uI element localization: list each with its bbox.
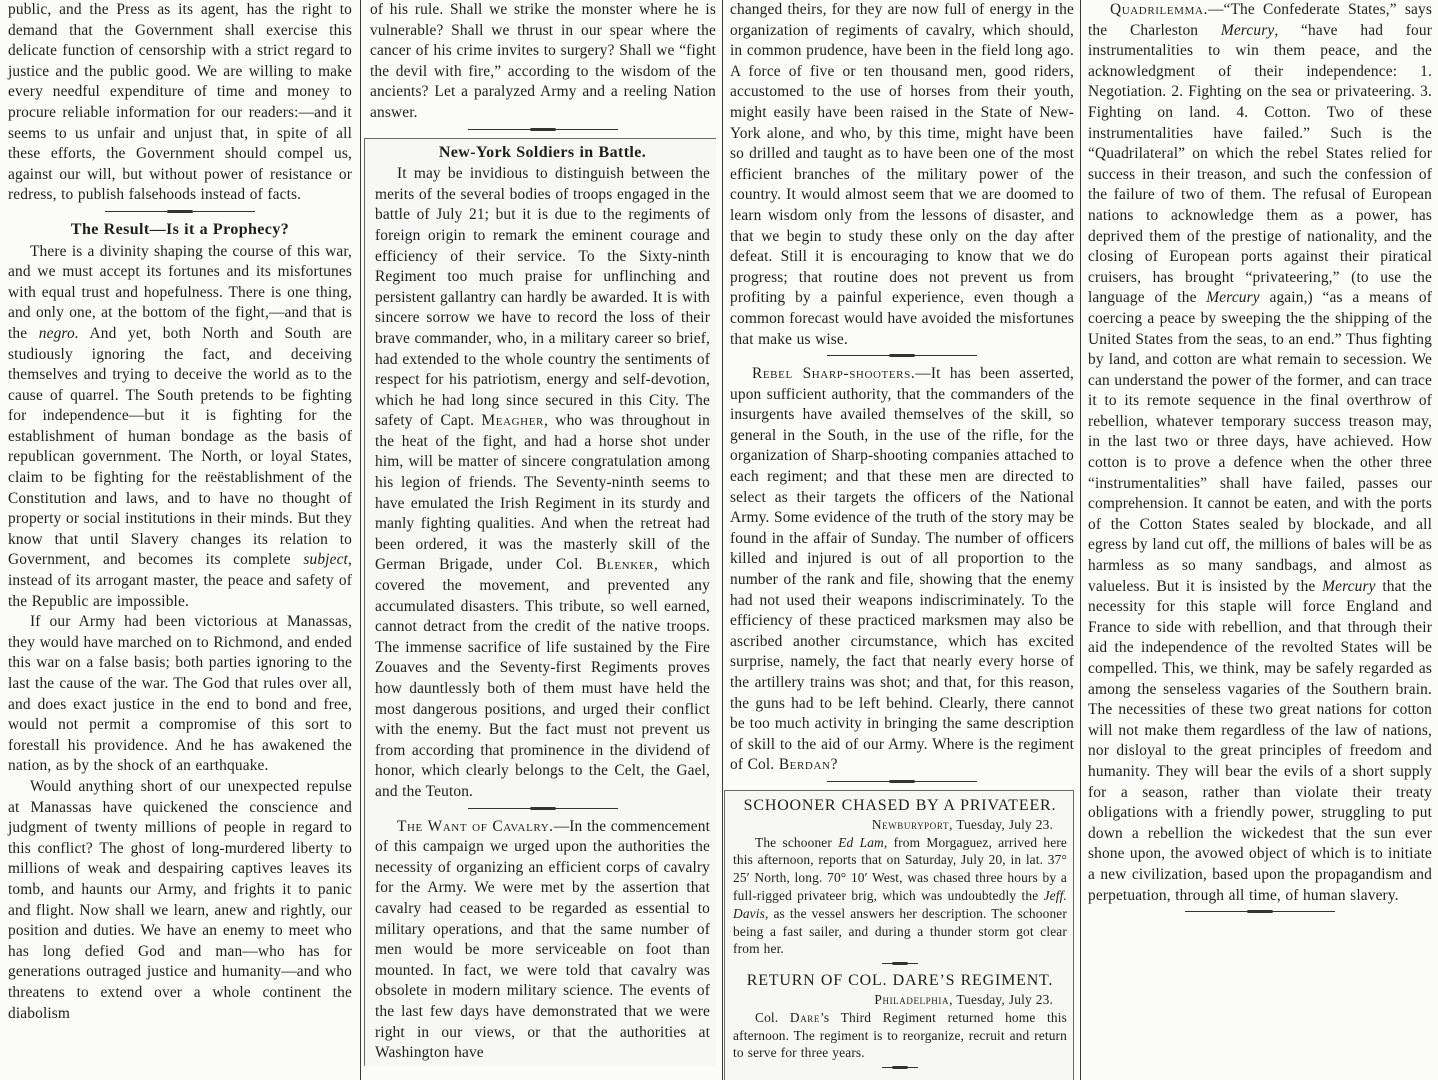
section-divider: [468, 128, 618, 132]
column-3: changed theirs, for they are now full of…: [730, 0, 1074, 1080]
quadrilemma-paragraph: Quadrilemma.—“The Confederate States,” s…: [1088, 0, 1432, 906]
sharp-shooters-paragraph: Rebel Sharp-shooters.—It has been assert…: [730, 364, 1074, 776]
cavalry-paragraph: The Want of Cavalry.—In the commencement…: [375, 817, 710, 1064]
column-2: of his rule. Shall we strike the monster…: [370, 0, 716, 1066]
article-title-new-york-soldiers: New-York Soldiers in Battle.: [375, 143, 710, 164]
soldiers-paragraph: It may be invidious to distinguish betwe…: [375, 164, 710, 802]
result-paragraph-3: Would anything short of our unexpected r…: [8, 777, 352, 1024]
dare-paragraph: Col. Dare’s Third Regiment returned home…: [733, 1009, 1067, 1062]
article-title-dare-regiment: RETURN OF COL. DARE’S REGIMENT.: [733, 972, 1067, 990]
new-york-soldiers-clipping: New-York Soldiers in Battle. It may be i…: [364, 138, 716, 1066]
dare-dateline: Philadelphia, Tuesday, July 23.: [733, 991, 1067, 1009]
column-rule: [360, 0, 361, 1080]
section-divider: [468, 807, 618, 811]
result-paragraph-1: There is a divinity shaping the course o…: [8, 242, 352, 613]
section-divider: [882, 1066, 918, 1070]
schooner-dateline: Newburyport, Tuesday, July 23.: [733, 816, 1067, 834]
cavalry-continuation: changed theirs, for they are now full of…: [730, 0, 1074, 350]
column-rule: [722, 0, 723, 1080]
article-title-result-prophecy: The Result—Is it a Prophecy?: [8, 220, 352, 241]
column-1: public, and the Press as its agent, has …: [8, 0, 352, 1024]
censorship-paragraph: public, and the Press as its agent, has …: [8, 0, 352, 206]
section-divider: [827, 780, 977, 784]
section-divider: [1185, 910, 1335, 914]
section-divider: [882, 962, 918, 966]
column-4: Quadrilemma.—“The Confederate States,” s…: [1088, 0, 1432, 920]
dispatch-clipping: SCHOONER CHASED BY A PRIVATEER. Newburyp…: [724, 790, 1074, 1080]
section-divider: [827, 354, 977, 358]
result-continuation: of his rule. Shall we strike the monster…: [370, 0, 716, 124]
section-divider: [105, 210, 255, 214]
result-paragraph-2: If our Army had been victorious at Manas…: [8, 612, 352, 777]
article-title-schooner: SCHOONER CHASED BY A PRIVATEER.: [733, 797, 1067, 815]
schooner-paragraph: The schooner Ed Lam, from Morgaguez, arr…: [733, 834, 1067, 959]
column-rule: [1080, 0, 1081, 1080]
